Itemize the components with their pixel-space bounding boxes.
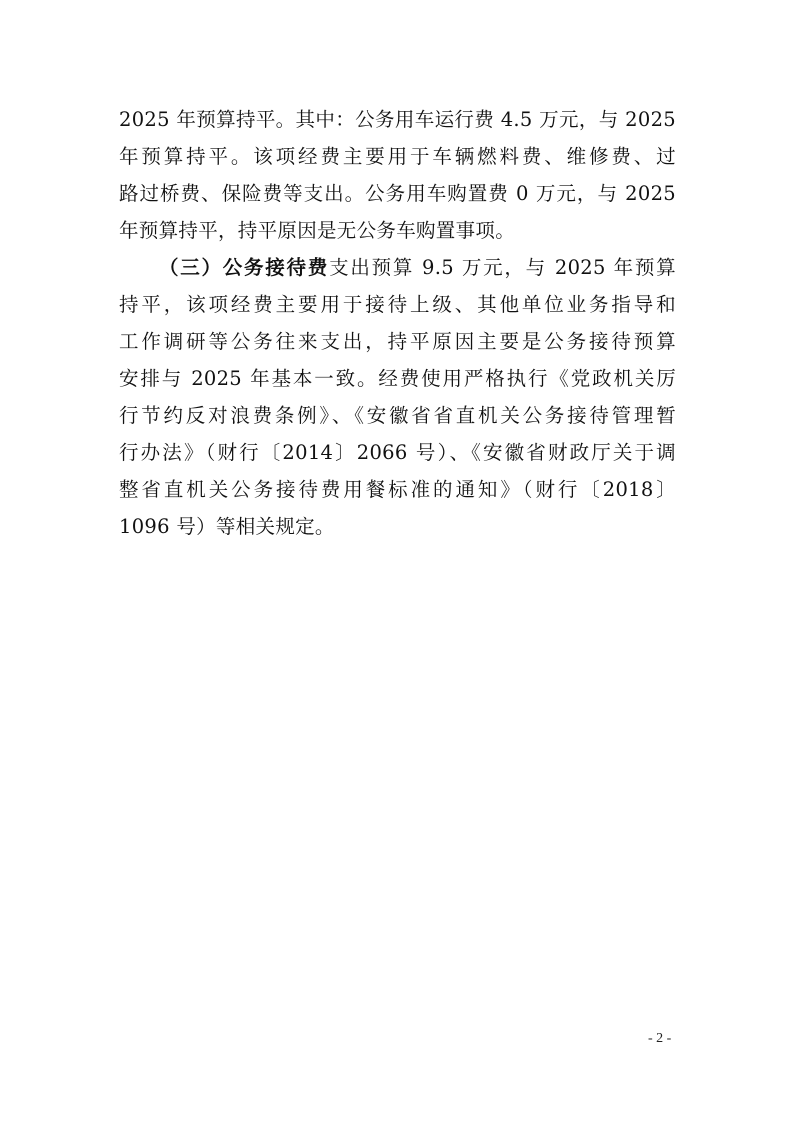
page-number: - 2 - bbox=[648, 1031, 671, 1047]
section-heading: （三）公务接待费 bbox=[159, 256, 329, 279]
text-line: 1096 号）等相关规定。 bbox=[119, 508, 676, 545]
text-line: 持平，该项经费主要用于接待上级、其他单位业务指导和 bbox=[119, 286, 676, 323]
text-line: 年预算持平，持平原因是无公务车购置事项。 bbox=[119, 212, 676, 249]
document-body: 2025 年预算持平。其中：公务用车运行费 4.5 万元，与 2025 年预算持… bbox=[119, 101, 676, 545]
text-line: 行节约反对浪费条例》、《安徽省省直机关公务接待管理暂 bbox=[119, 397, 676, 434]
text-line: 工作调研等公务往来支出，持平原因主要是公务接待预算 bbox=[119, 323, 676, 360]
text-line-with-heading: （三）公务接待费支出预算 9.5 万元，与 2025 年预算 bbox=[119, 249, 676, 286]
document-page: 2025 年预算持平。其中：公务用车运行费 4.5 万元，与 2025 年预算持… bbox=[0, 0, 794, 1123]
text-line: 行办法》（财行〔2014〕2066 号）、《安徽省财政厅关于调 bbox=[119, 434, 676, 471]
paragraph-reception-costs: （三）公务接待费支出预算 9.5 万元，与 2025 年预算 持平，该项经费主要… bbox=[119, 249, 676, 545]
text-line: 整省直机关公务接待费用餐标准的通知》（财行〔2018〕 bbox=[119, 471, 676, 508]
text-line: 安排与 2025 年基本一致。经费使用严格执行《党政机关厉 bbox=[119, 360, 676, 397]
text-line: 年预算持平。该项经费主要用于车辆燃料费、维修费、过 bbox=[119, 138, 676, 175]
paragraph-vehicle-costs: 2025 年预算持平。其中：公务用车运行费 4.5 万元，与 2025 年预算持… bbox=[119, 101, 676, 249]
text-line: 2025 年预算持平。其中：公务用车运行费 4.5 万元，与 2025 bbox=[119, 101, 676, 138]
text-run: 支出预算 9.5 万元，与 2025 年预算 bbox=[329, 256, 676, 279]
text-line: 路过桥费、保险费等支出。公务用车购置费 0 万元，与 2025 bbox=[119, 175, 676, 212]
